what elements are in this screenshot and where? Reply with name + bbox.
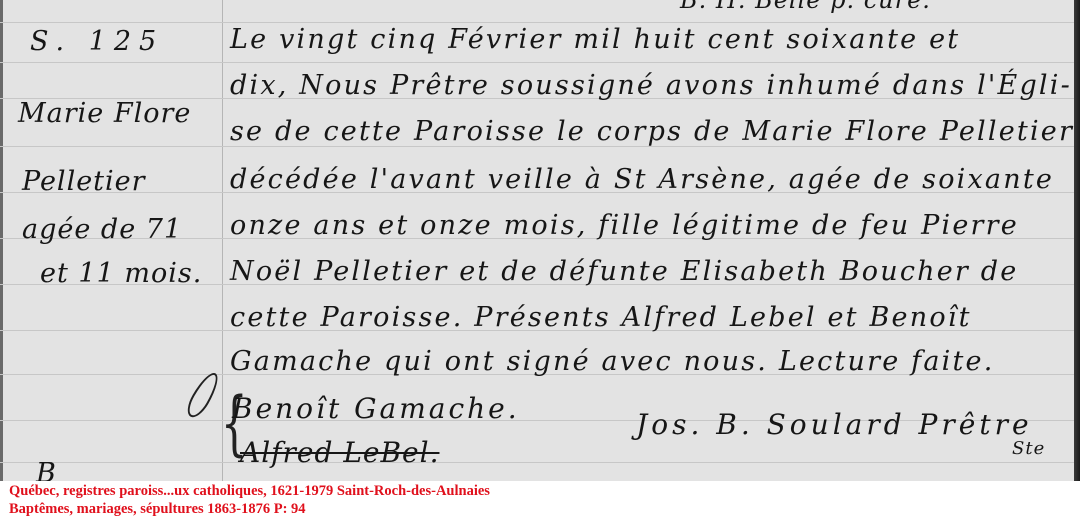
previous-entry-signature: B. H. Belle p. curé. xyxy=(680,0,931,14)
page-right-edge xyxy=(1074,0,1080,481)
witness-signature-gamache: Benoît Gamache. xyxy=(232,392,520,425)
witness-signature-lebel: Alfred LeBel. xyxy=(240,436,439,469)
caption-collection: Québec, registres paroiss...ux catholiqu… xyxy=(9,483,490,500)
entry-line-2: dix, Nous Prêtre soussigné avons inhumé … xyxy=(230,70,1072,101)
entry-line-4: décédée l'avant veille à St Arsène, agée… xyxy=(230,164,1054,195)
source-caption: Québec, registres paroiss...ux catholiqu… xyxy=(0,481,1080,521)
entry-line-3: se de cette Paroisse le corps de Marie F… xyxy=(230,116,1074,147)
priest-signature: Jos. B. Soulard Prêtre xyxy=(636,408,1033,441)
entry-line-5: onze ans et onze mois, fille légitime de… xyxy=(230,210,1019,241)
entry-number: S. 125 xyxy=(30,26,164,57)
ruled-line xyxy=(0,22,1074,23)
entry-line-1: Le vingt cinq Février mil huit cent soix… xyxy=(230,24,960,55)
margin-surname: Pelletier xyxy=(22,166,146,197)
entry-line-6: Noël Pelletier et de défunte Elisabeth B… xyxy=(230,256,1018,287)
caption-register-page: Baptêmes, mariages, sépultures 1863-1876… xyxy=(9,501,306,518)
entry-line-8: Gamache qui ont signé avec nous. Lecture… xyxy=(230,346,995,377)
page-left-edge xyxy=(0,0,3,481)
margin-age-line-2: et 11 mois. xyxy=(40,258,202,289)
priest-signature-suffix: Ste xyxy=(1012,438,1045,459)
margin-age-line-1: agée de 71 xyxy=(22,214,182,245)
margin-first-name: Marie Flore xyxy=(18,98,191,129)
register-page-scan: B. H. Belle p. curé. S. 125 Marie Flore … xyxy=(0,0,1080,481)
flourish-loop xyxy=(183,369,224,421)
ruled-line xyxy=(0,462,1074,463)
ruled-line xyxy=(0,62,1074,63)
entry-line-7: cette Paroisse. Présents Alfred Lebel et… xyxy=(230,302,972,333)
next-entry-fragment: B xyxy=(36,458,57,481)
